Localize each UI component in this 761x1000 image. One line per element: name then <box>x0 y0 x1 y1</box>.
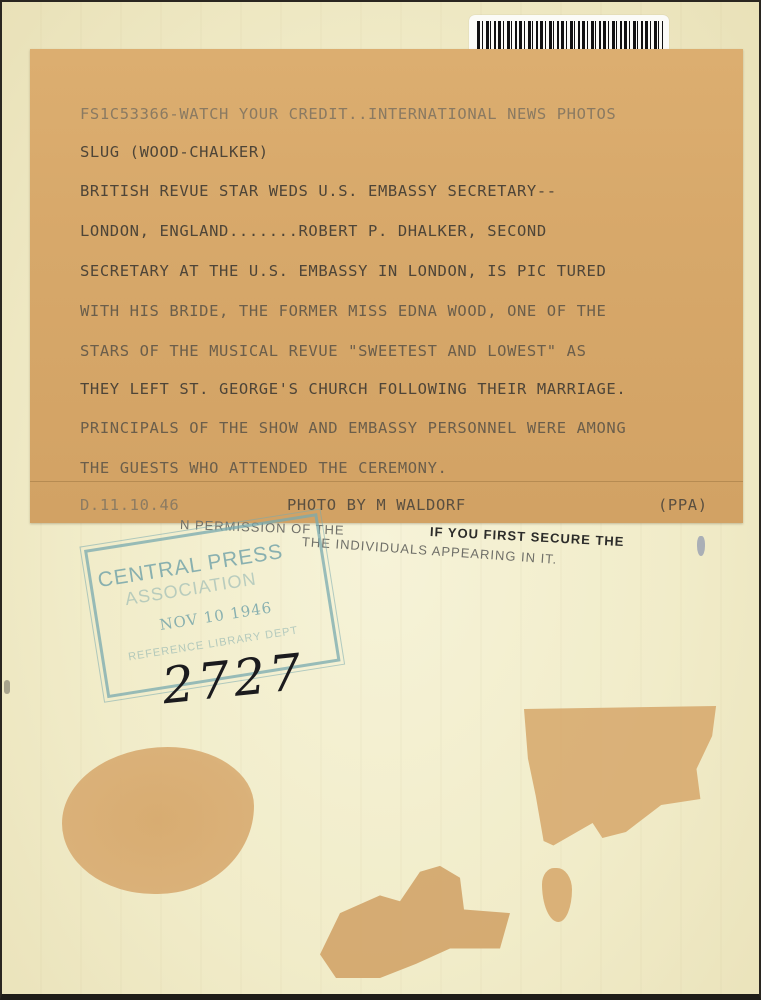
caption-slip: FS1C53366-WATCH YOUR CREDIT..INTERNATION… <box>30 49 743 523</box>
caption-line-slug: SLUG (WOOD-CHALKER) <box>80 143 269 161</box>
glue-stain-left <box>62 747 254 894</box>
caption-line-headline: BRITISH REVUE STAR WEDS U.S. EMBASSY SEC… <box>80 182 557 200</box>
caption-line-body-6: PRINCIPALS OF THE SHOW AND EMBASSY PERSO… <box>80 419 626 437</box>
caption-agency: (PPA) <box>658 496 708 514</box>
caption-line-body-1: LONDON, ENGLAND.......ROBERT P. DHALKER,… <box>80 222 547 240</box>
caption-line-body-3: WITH HIS BRIDE, THE FORMER MISS EDNA WOO… <box>80 302 606 320</box>
glue-stain-bottom <box>320 860 520 978</box>
ink-mark <box>697 536 705 556</box>
photo-back-page: ned62448 www.historicimages.com FS1C5336… <box>0 0 761 1000</box>
handwritten-number: 2727 <box>160 647 308 712</box>
stamp-date: NOV 10 1946 <box>158 598 273 634</box>
glue-stain-right <box>524 706 720 856</box>
caption-line-body-7: THE GUESTS WHO ATTENDED THE CEREMONY. <box>80 459 447 477</box>
caption-photo-credit: PHOTO BY M WALDORF <box>287 496 466 514</box>
caption-line-body-2: SECRETARY AT THE U.S. EMBASSY IN LONDON,… <box>80 262 606 280</box>
caption-date-code: D.11.10.46 <box>80 496 179 514</box>
caption-line-body-4: STARS OF THE MUSICAL REVUE "SWEETEST AND… <box>80 342 587 360</box>
edge-mark <box>4 680 10 694</box>
glue-stain-small <box>542 868 572 922</box>
caption-line-credit-warning: FS1C53366-WATCH YOUR CREDIT..INTERNATION… <box>80 105 616 123</box>
caption-line-body-5: THEY LEFT ST. GEORGE'S CHURCH FOLLOWING … <box>80 380 626 398</box>
